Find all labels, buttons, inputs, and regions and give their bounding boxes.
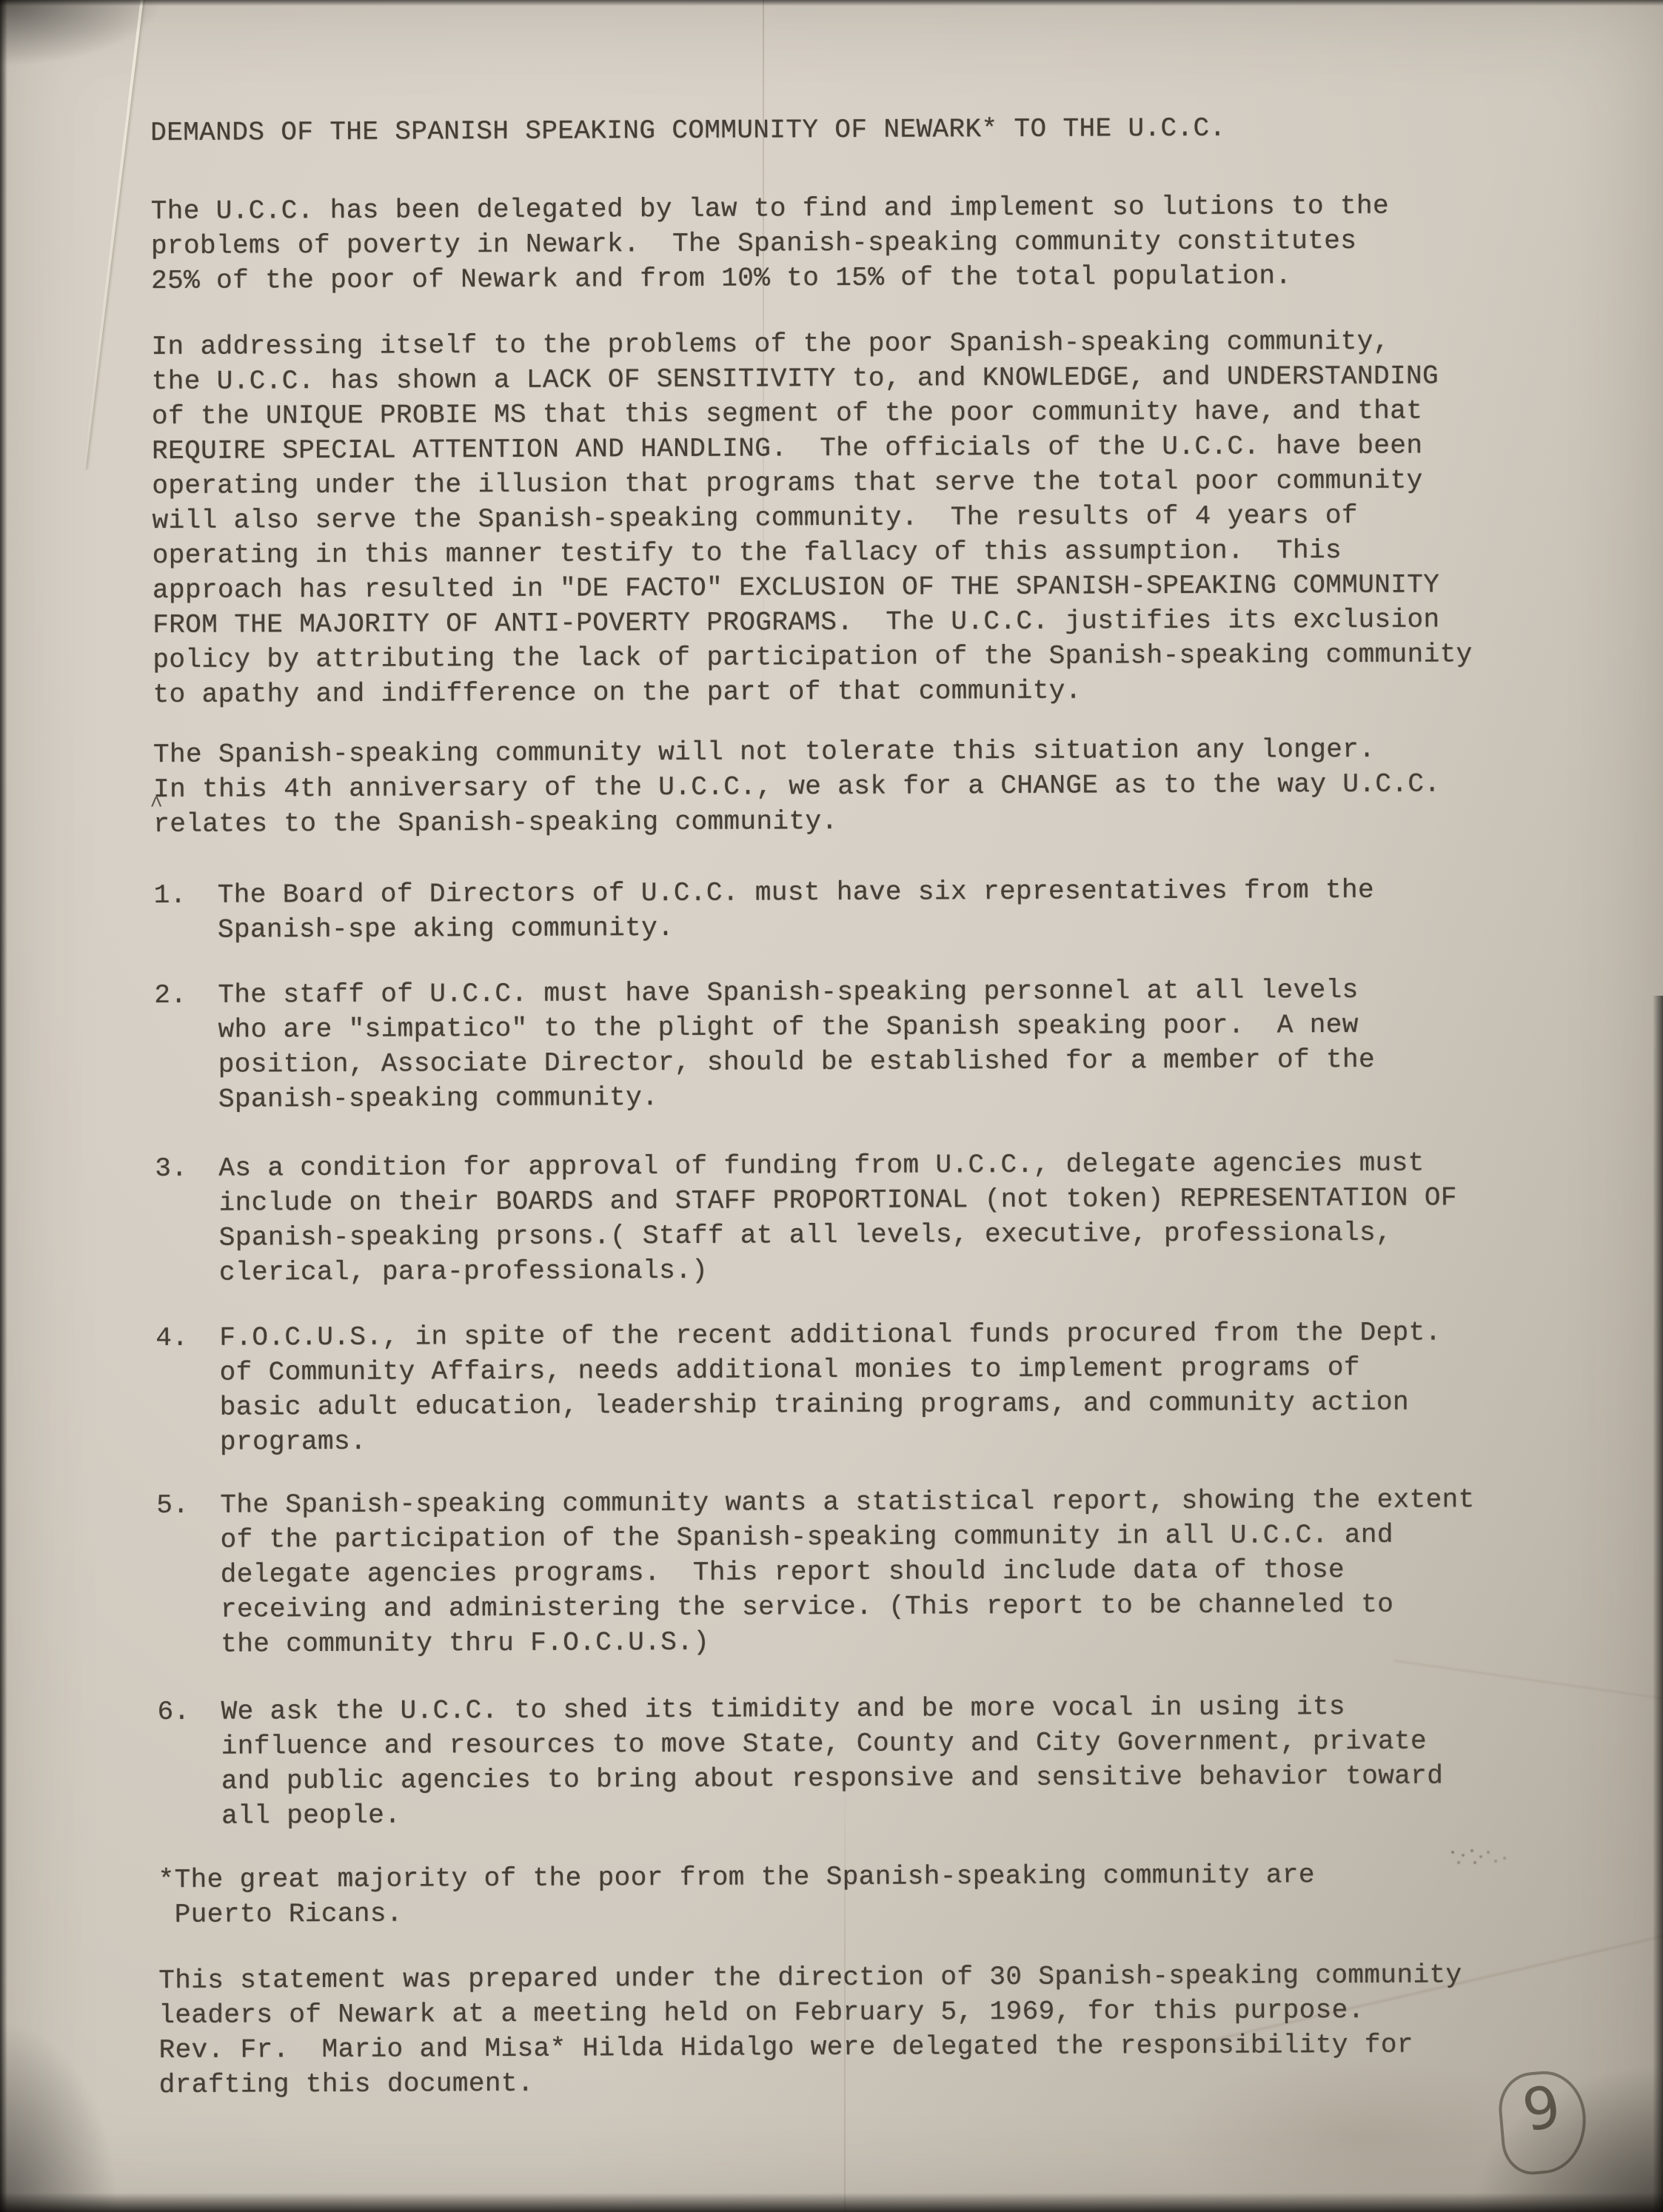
document-scan: DEMANDS OF THE SPANISH SPEAKING COMMUNIT… — [0, 0, 1663, 2212]
item-text: As a condition for approval of funding f… — [218, 1145, 1457, 1290]
item-text: The Board of Directors of U.C.C. must ha… — [218, 873, 1375, 948]
list-item: 5. The Spanish-speaking community wants … — [156, 1482, 1475, 1662]
list-item: 4. F.O.C.U.S., in spite of the recent ad… — [155, 1315, 1442, 1460]
item-number: 2. — [154, 978, 187, 1013]
paragraph-criticism: In addressing itself to the problems of … — [151, 324, 1473, 712]
item-number: 3. — [155, 1151, 187, 1186]
list-item: 2. The staff of U.C.C. must have Spanish… — [154, 973, 1375, 1117]
item-number: 5. — [156, 1488, 189, 1523]
item-text: We ask the U.C.C. to shed its timidity a… — [221, 1689, 1443, 1833]
paragraph-demand-change: The Spanish-speaking community will not … — [153, 731, 1441, 842]
list-item: 3. As a condition for approval of fundin… — [155, 1145, 1457, 1290]
item-number: 6. — [157, 1695, 190, 1729]
closing-paragraph: This statement was prepared under the di… — [158, 1957, 1462, 2102]
handwritten-page-number: 9 — [1519, 2077, 1566, 2141]
paragraph-intro: The U.C.C. has been delegated by law to … — [151, 189, 1390, 298]
item-number: 4. — [155, 1321, 188, 1355]
list-item: 1. The Board of Directors of U.C.C. must… — [154, 873, 1375, 948]
document-title: DEMANDS OF THE SPANISH SPEAKING COMMUNIT… — [150, 111, 1225, 150]
list-item: 6. We ask the U.C.C. to shed its timidit… — [157, 1689, 1443, 1834]
item-text: The Spanish-speaking community wants a s… — [220, 1482, 1475, 1661]
item-number: 1. — [154, 878, 187, 913]
item-text: The staff of U.C.C. must have Spanish-sp… — [218, 973, 1375, 1117]
footnote: *The great majority of the poor from the… — [158, 1857, 1315, 1932]
insertion-caret-mark: ^ — [150, 794, 163, 819]
typed-text-layer: DEMANDS OF THE SPANISH SPEAKING COMMUNIT… — [0, 0, 1663, 2212]
item-text: F.O.C.U.S., in spite of the recent addit… — [219, 1315, 1442, 1459]
